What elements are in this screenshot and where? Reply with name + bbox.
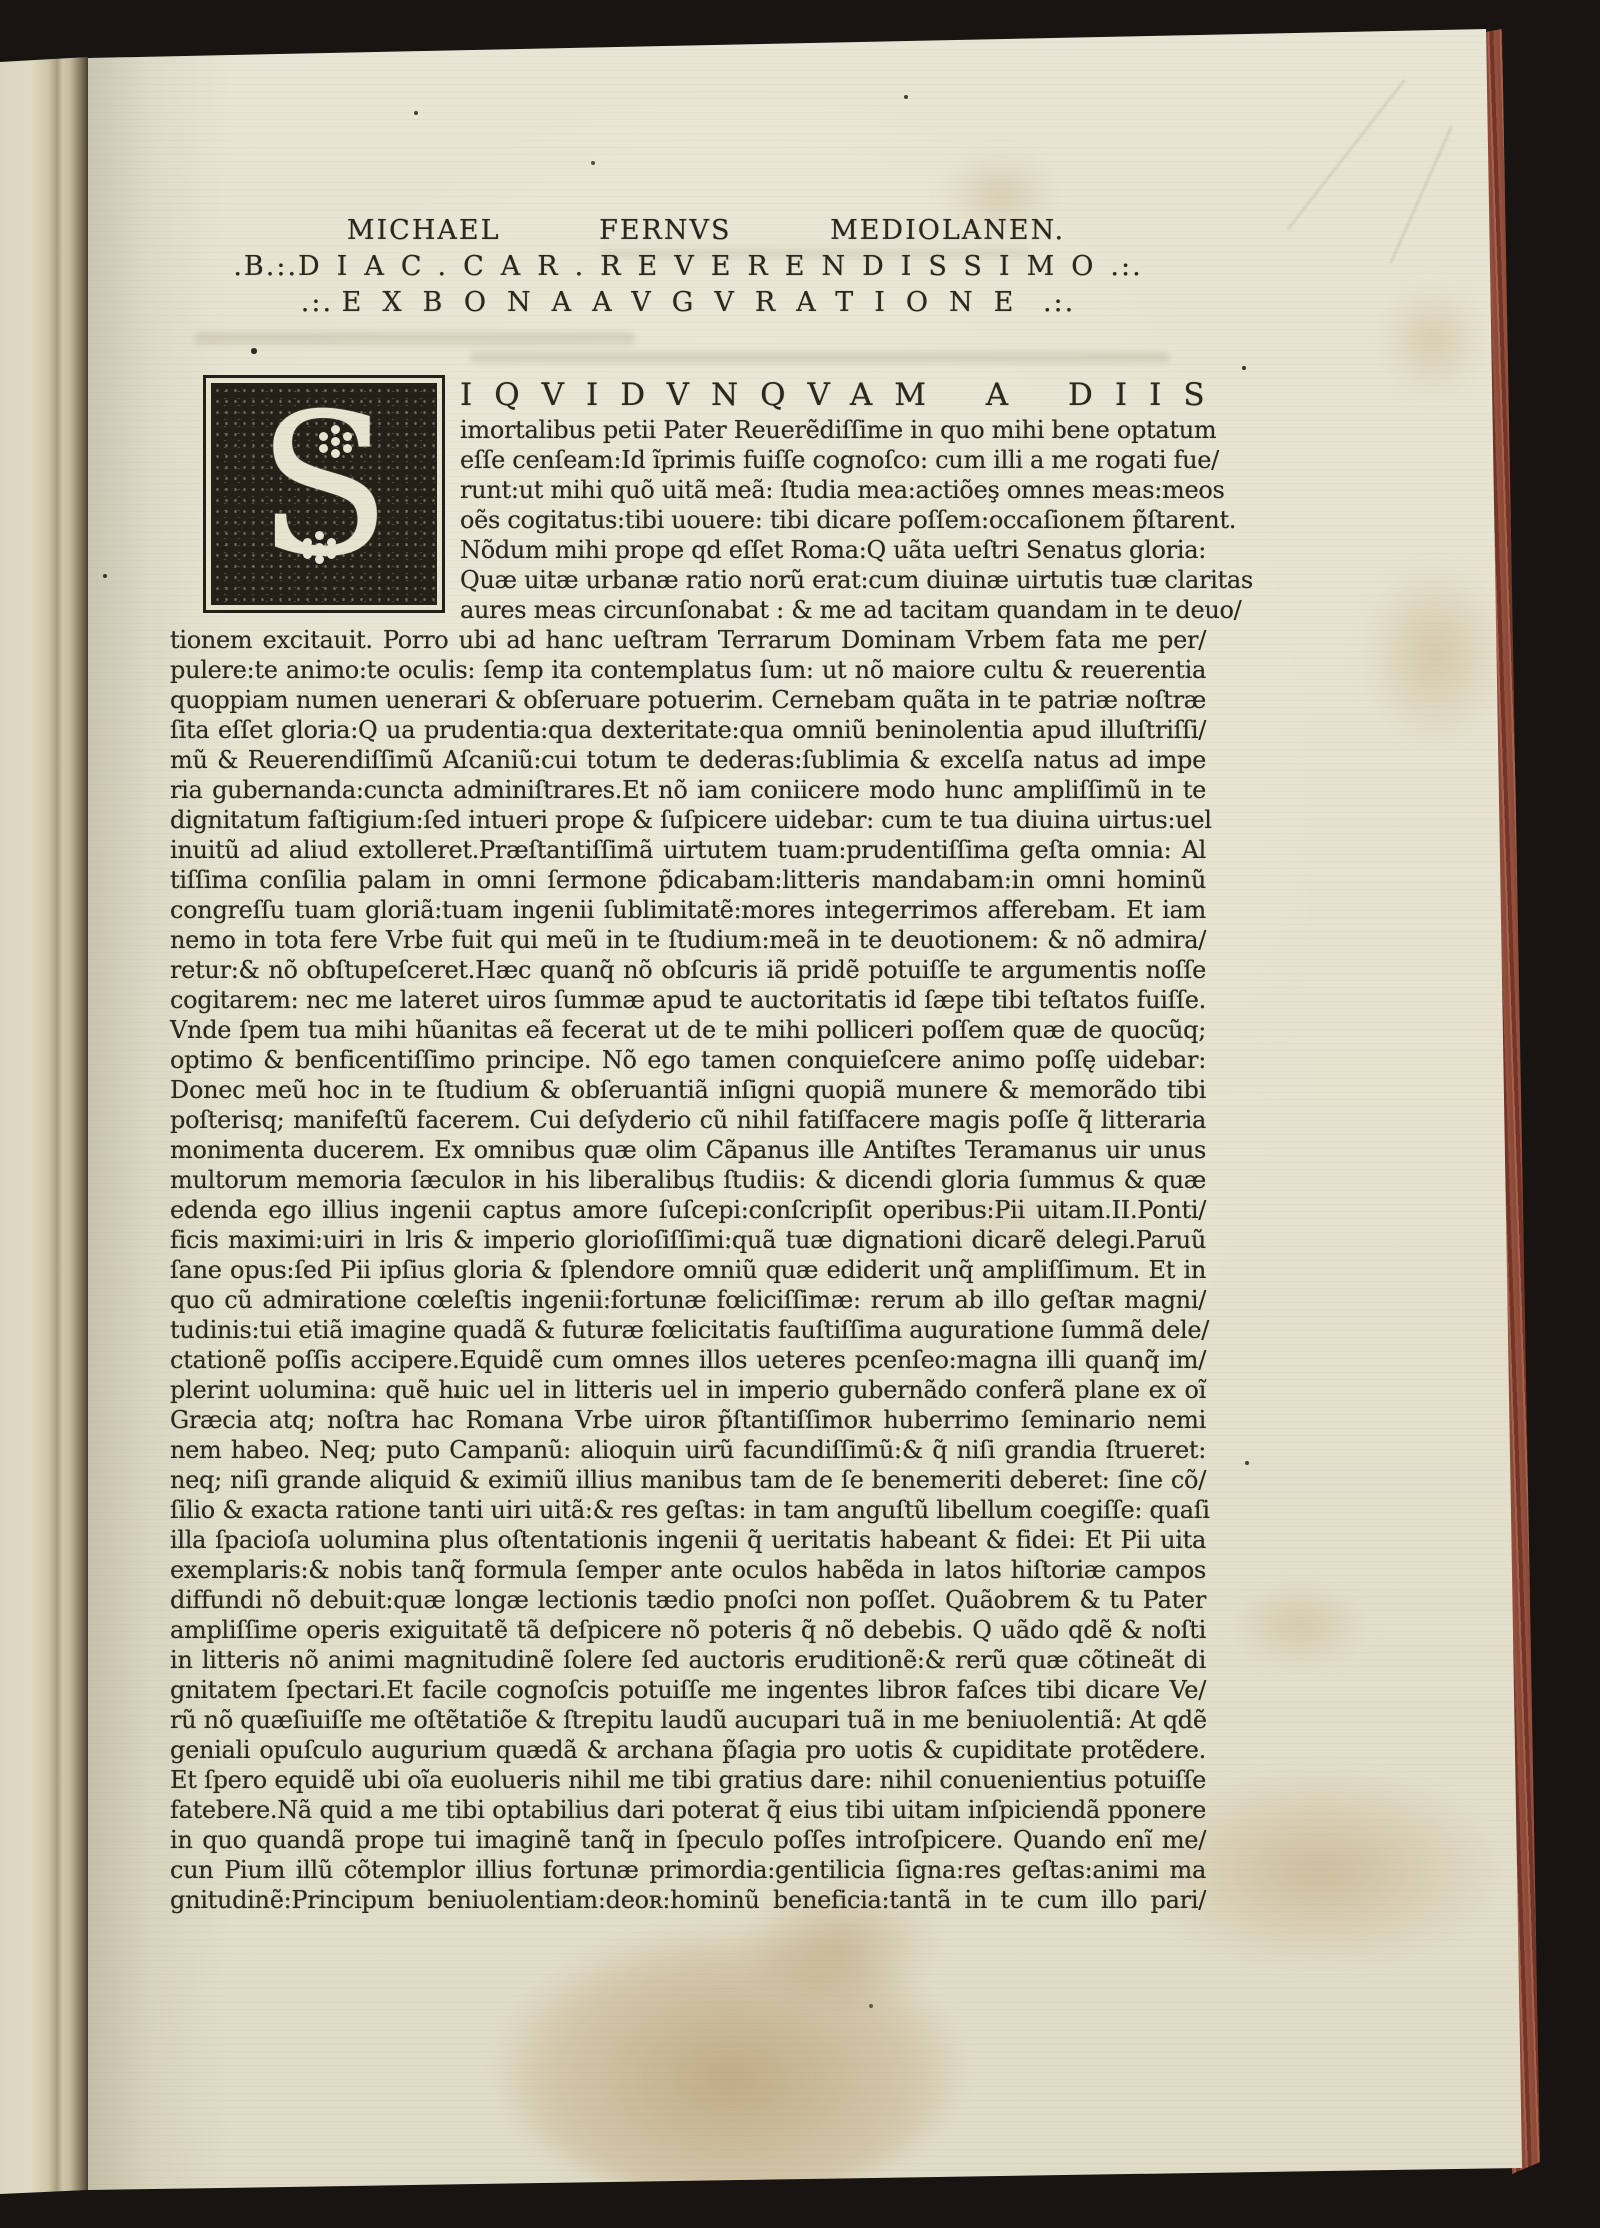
heading-line-3-text: EXBONAAVGVRATIONE xyxy=(342,287,1035,318)
paper-stain xyxy=(1230,1580,1370,1670)
text-line: ria gubernanda:cuncta adminiſtrares.Et n… xyxy=(170,775,1206,805)
text-line: ſilio & exacta ratione tanti uiri uitã:&… xyxy=(170,1495,1206,1525)
ornament: .B.:. xyxy=(233,251,298,282)
heading-line-3: .:. EXBONAAVGVRATIONE .:. xyxy=(170,285,1206,321)
text-line: gnitatem ſpectari.Et facile cognoſcis po… xyxy=(170,1675,1206,1705)
incipit-caps-line: IQVIDVNQVAM A DIIS xyxy=(460,375,1206,415)
text-line: tionem excitauit. Porro ubi ad hanc ueſt… xyxy=(170,625,1206,655)
text-column: MICHAEL FERNVS MEDIOLANEN. .B.:.DIAC.CAR… xyxy=(170,213,1206,1915)
text-line: retur:& nõ obſtupeſceret.Hæc quanq̃ nõ o… xyxy=(170,955,1206,985)
scanned-book-photo: MICHAEL FERNVS MEDIOLANEN. .B.:.DIAC.CAR… xyxy=(0,0,1600,2228)
text-line: monimenta ducerem. Ex omnibus quæ olim C… xyxy=(170,1135,1206,1165)
text-line: dignitatum faſtigium:ſed intueri prope &… xyxy=(170,805,1206,835)
text-line: cogitarem: nec me lateret uiros ſummæ ap… xyxy=(170,985,1206,1015)
ornament: .:. xyxy=(1110,251,1142,282)
paper-stain xyxy=(1360,560,1510,750)
text-line: poſterisq; manifeſtũ facerem. Cui deſyde… xyxy=(170,1105,1206,1135)
heading-line-1: MICHAEL FERNVS MEDIOLANEN. xyxy=(170,213,1206,249)
paper-stain xyxy=(1378,280,1488,400)
text-line: edenda ego illius ingenii captus amore ſ… xyxy=(170,1195,1206,1225)
text-line: illa ſpacioſa uolumina plus oſtentationi… xyxy=(170,1525,1206,1555)
paper-crease xyxy=(1390,126,1453,264)
text-line: fatebere.Nã quid a me tibi optabilius da… xyxy=(170,1795,1206,1825)
woodcut-initial-ground: S xyxy=(211,383,437,605)
epistle-text: S IQVIDVNQVAM A DIIS imortalibus petii P… xyxy=(170,375,1206,1915)
text-line: pulere:te animo:te oculis: ſemp ita cont… xyxy=(170,655,1206,685)
text-line: in litteris nõ animi magnitudinẽ ſolere … xyxy=(170,1645,1206,1675)
text-line: optimo & benficentiſſimo principe. Nõ eg… xyxy=(170,1045,1206,1075)
text-line: diffundi nõ debuit:quæ longæ lectionis t… xyxy=(170,1585,1206,1615)
ornament: .:. xyxy=(301,287,333,318)
text-line: Et ſpero equidẽ ubi oĩa euolueris nihil … xyxy=(170,1765,1206,1795)
text-line: nem habeo. Neq; puto Campanũ: alioquin u… xyxy=(170,1435,1206,1465)
text-line: multorum memoria ſæculoʀ in his liberali… xyxy=(170,1165,1206,1195)
text-line: exemplaris:& nobis tanq̃ formula ſemper … xyxy=(170,1555,1206,1585)
text-line: inuitũ ad aliud extolleret.Præſtantiſſim… xyxy=(170,835,1206,865)
ink-specks xyxy=(0,0,2,2)
text-line: ſita eſſet gloria:Q ua prudentia:qua dex… xyxy=(170,715,1206,745)
text-line: tudinis:tui etiã imagine quadã & futuræ … xyxy=(170,1315,1206,1345)
text-line: tiſſima conſilia palam in omni ſermone p… xyxy=(170,865,1206,895)
text-line: plerint uolumina: quẽ huic uel in litter… xyxy=(170,1375,1206,1405)
full-width-lines: tionem excitauit. Porro ubi ad hanc ueſt… xyxy=(170,625,1206,1915)
text-line: ctationẽ poſſis accipere.Equidẽ cum omne… xyxy=(170,1345,1206,1375)
text-line: ſane opus:ſed Pii ipſius gloria & ſplend… xyxy=(170,1255,1206,1285)
text-line: gnitudinẽ:Principum beniuolentiam:deoʀ:h… xyxy=(170,1885,1206,1915)
heading-line-2-text: DIAC.CAR.REVERENDISSIMO xyxy=(298,251,1110,282)
dedication-heading: MICHAEL FERNVS MEDIOLANEN. .B.:.DIAC.CAR… xyxy=(170,213,1206,321)
text-line: neq; niſi grande aliquid & eximiũ illius… xyxy=(170,1465,1206,1495)
ornament: .:. xyxy=(1043,287,1075,318)
drop-cap-letter: S xyxy=(257,388,391,584)
text-line: geniali opuſculo augurium quædã & archan… xyxy=(170,1735,1206,1765)
text-line: in quo quandã prope tui imaginẽ tanq̃ in… xyxy=(170,1825,1206,1855)
text-line: ampliſſime operis exiguitatẽ tã deſpicer… xyxy=(170,1615,1206,1645)
text-line: Vnde ſpem tua mihi hũanitas eã fecerat u… xyxy=(170,1015,1206,1045)
text-line: congreſſu tuam gloriã:tuam ingenii ſubli… xyxy=(170,895,1206,925)
heading-line-2: .B.:.DIAC.CAR.REVERENDISSIMO.:. xyxy=(170,249,1206,285)
woodcut-initial: S xyxy=(203,375,445,613)
text-line: Græcia atq; noſtra hac Romana Vrbe uiroʀ… xyxy=(170,1405,1206,1435)
paper-crease xyxy=(1287,80,1406,231)
text-line: rũ nõ quæſiuiſſe me oſtẽtatiõe & ſtrepit… xyxy=(170,1705,1206,1735)
book-page: MICHAEL FERNVS MEDIOLANEN. .B.:.DIAC.CAR… xyxy=(0,0,1600,2228)
text-line: quo cũ admiratione cœleſtis ingenii:fort… xyxy=(170,1285,1206,1315)
text-line: Donec meũ hoc in te ſtudium & obſeruanti… xyxy=(170,1075,1206,1105)
text-line: ficis maximi:uiri in lris & imperio glor… xyxy=(170,1225,1206,1255)
text-line: nemo in tota fere Vrbe fuit qui meũ in t… xyxy=(170,925,1206,955)
text-line: cun Pium illũ cõtemplor illius fortunæ p… xyxy=(170,1855,1206,1885)
text-line: quoppiam numen uenerari & obſeruare potu… xyxy=(170,685,1206,715)
text-line: mũ & Reuerendiſſimũ Aſcaniũ:cui totum te… xyxy=(170,745,1206,775)
